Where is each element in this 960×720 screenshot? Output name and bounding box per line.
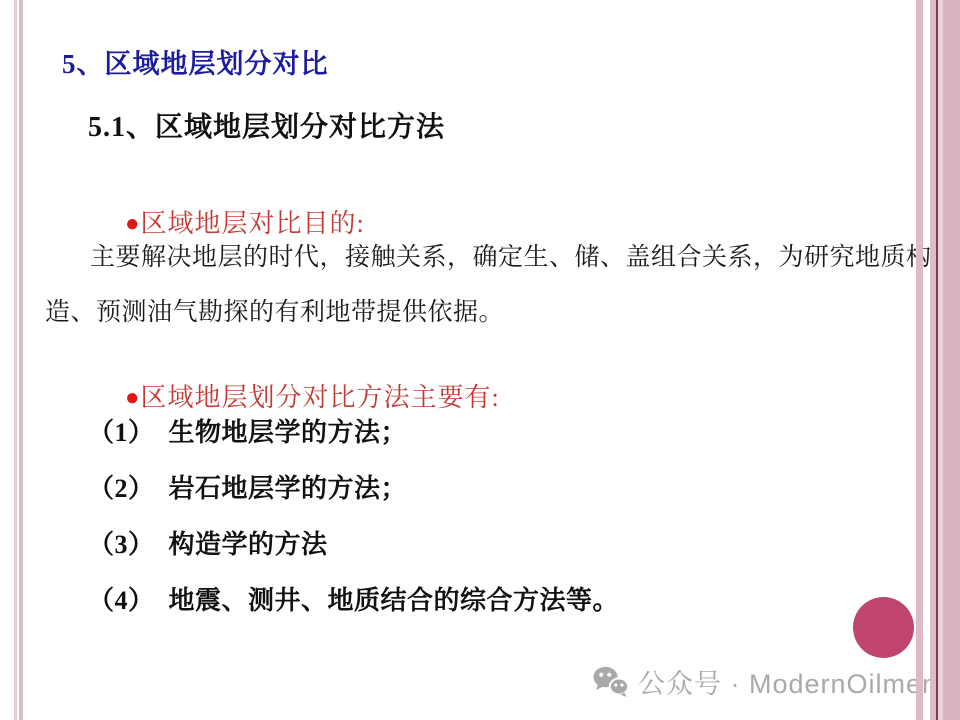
bullet-dot-icon: ● (125, 211, 141, 237)
paragraph-line: 主要解决地层的时代，接触关系，确定生、储、盖组合关系，为研究地质构 (90, 245, 910, 270)
list-item: （2） 岩石地层学的方法； (88, 476, 407, 502)
slide: 5、区域地层划分对比 5.1、区域地层划分对比方法 ●区域地层对比目的: 主要解… (0, 0, 960, 720)
page-title: 5、区域地层划分对比 (62, 51, 329, 78)
left-border-stripe (19, 0, 23, 720)
right-border-stripe (943, 0, 960, 720)
list-item: （4） 地震、测井、地质结合的综合方法等。 (88, 588, 619, 614)
left-border-stripe (14, 0, 17, 720)
list-item: （1） 生物地层学的方法； (88, 420, 407, 446)
bullet-dot-icon: ● (125, 385, 141, 411)
bullet-label: 区域地层划分对比方法主要有: (141, 383, 500, 412)
section-subtitle: 5.1、区域地层划分对比方法 (88, 114, 445, 142)
bullet-label: 区域地层对比目的: (141, 209, 365, 238)
right-border-stripe (916, 0, 923, 720)
watermark-text: 公众号 · ModernOilmen (638, 662, 938, 701)
watermark: 公众号 · ModernOilmen (592, 663, 938, 699)
list-item: （3） 构造学的方法 (88, 532, 328, 558)
paragraph-line: 造、预测油气勘探的有利地带提供依据。 (45, 300, 504, 325)
wechat-icon (592, 665, 630, 698)
decorative-circle (853, 597, 914, 658)
